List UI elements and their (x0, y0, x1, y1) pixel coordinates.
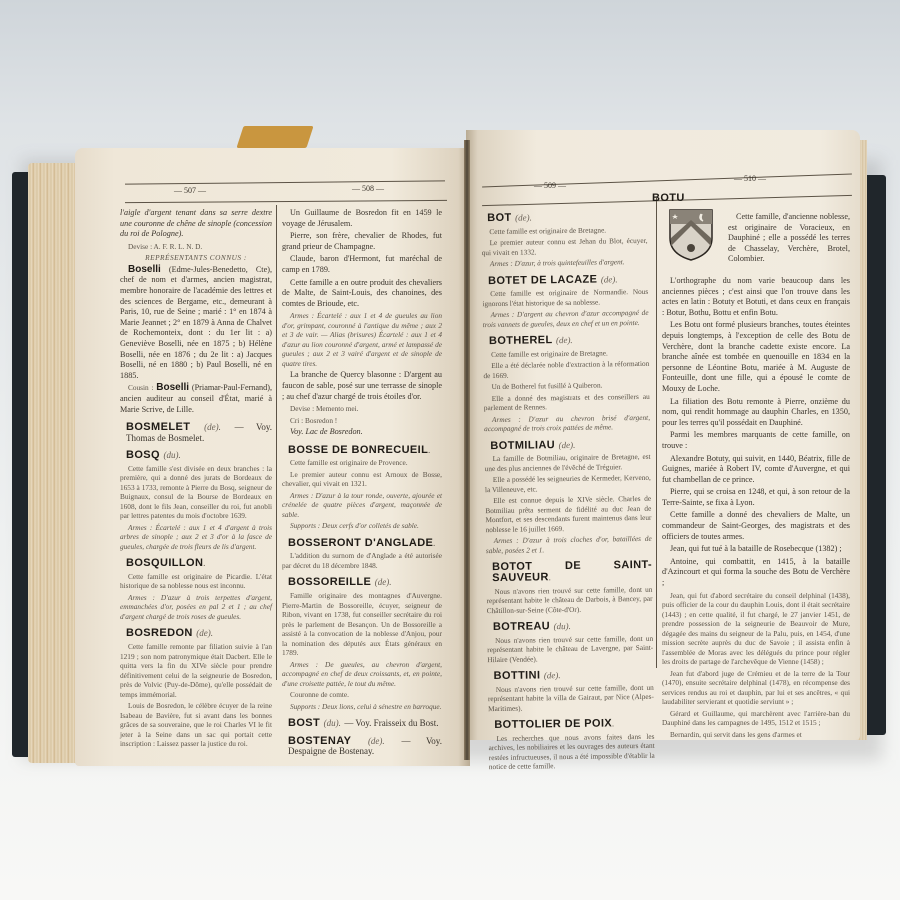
paragraph: Claude, baron d'Hermont, fut maréchal de… (282, 254, 442, 275)
paragraph: Alexandre Botuty, qui suivit, en 1440, B… (662, 454, 850, 486)
entry-body-bosq: Cette famille s'est divisée en deux bran… (120, 464, 272, 521)
entry-body: Les recherches que nous avons faites dan… (488, 732, 655, 772)
entry-armes: Armes : De gueules, au chevron d'argent,… (282, 660, 442, 689)
botu-intro: Cette famille, d'ancienne noblesse, est … (728, 212, 850, 267)
column-510: L'orthographe du nom varie beaucoup dans… (662, 276, 850, 741)
boselli-cousin-entry: Cousin : Boselli (Priamar-Paul-Fernand),… (120, 383, 272, 415)
entry-body: Nous n'avons rien trouvé sur cette famil… (488, 683, 654, 714)
entry-heading-bottini: BOTTINI (de). (494, 669, 654, 682)
paragraph: Cette famille a donné des chevaliers de … (662, 510, 850, 542)
devise-line: Devise : Memento mei. (282, 404, 442, 414)
entry-heading-bossoreille: BOSSOREILLE (de). (288, 577, 442, 588)
entry-body: Famille originaire des montagnes d'Auver… (282, 591, 442, 658)
entry-armes: Armes : D'azur, à trois quintefeuilles d… (482, 257, 648, 269)
entry-heading-bostenay: BOSTENAY (de). — Voy. Despaigne de Boste… (288, 736, 442, 757)
entry-heading-bot: BOT (de). (487, 211, 647, 224)
see-also-line: Voy. Lac de Bosredon. (282, 427, 442, 438)
entry-body: Cette famille est originaire de Provence… (282, 458, 442, 468)
paragraph: Les Botu ont formé plusieurs branches, t… (662, 320, 850, 394)
entry-body: Elle a possédé les seigneuries de Kermed… (485, 473, 651, 494)
entry-heading-bosredon: BOSREDON (de). (126, 628, 272, 639)
entry-heading-botreau: BOTREAU (du). (493, 620, 653, 633)
paragraph: Pierre, qui se croisa en 1248, et qui, à… (662, 487, 850, 508)
paragraph: Un Guillaume de Bosredon fit en 1459 le … (282, 208, 442, 229)
entry-body: Elle a été déclarée noble d'extraction à… (483, 359, 649, 380)
entry-body: Nous n'avons rien trouvé sur cette famil… (487, 633, 653, 664)
paragraph: La filiation des Botu remonte à Pierre, … (662, 397, 850, 429)
page-edges-left (28, 163, 80, 763)
bookmark-ribbon (236, 126, 313, 148)
entry-armes: Armes : D'azur à la tour ronde, ouverte,… (282, 491, 442, 520)
paragraph: Parmi les membres marquants de cette fam… (662, 430, 850, 451)
column-divider-left (276, 205, 277, 680)
entry-body: L'addition du surnom de d'Anglade a été … (282, 551, 442, 570)
entry-armes: Armes : D'azur à trois cloches d'or, bat… (486, 534, 652, 555)
entry-armes: Armes : D'argent au chevron d'azur accom… (482, 308, 648, 329)
paragraph: Jean, qui fut d'abord secrétaire du cons… (662, 591, 850, 667)
entry-heading-bosseront-danglade: BOSSERONT D'ANGLADE. (288, 538, 442, 549)
page-number-509: — 509 — (520, 181, 580, 190)
entry-heading-bottolier-de-poix: BOTTOLIER DE POIX. (494, 718, 654, 731)
entry-body: Le premier auteur connu est Jehan du Blo… (481, 236, 647, 257)
book-gutter (464, 140, 470, 760)
entry-couronne: Couronne de comte. (282, 690, 442, 700)
paragraph: L'orthographe du nom varie beaucoup dans… (662, 276, 850, 318)
coat-of-arms-shield-icon (668, 208, 714, 262)
entry-body: Un de Botherel fut fusillé à Quiberon. (484, 380, 650, 392)
column-divider-right (656, 198, 657, 668)
entry-heading-bosse-de-bonrecueil: BOSSE DE BONRECUEIL. (288, 445, 442, 456)
paragraph: Pierre, son frère, chevalier de Rhodes, … (282, 231, 442, 252)
entry-heading-bosq: BOSQ (du). (126, 450, 272, 461)
paragraph: Cette famille a en outre produit des che… (282, 278, 442, 310)
paragraph: Bernardin, qui servit dans les gens d'ar… (662, 730, 850, 740)
entry-body2-bosredon: Louis de Bosredon, le célèbre écuyer de … (120, 701, 272, 749)
entry-armes-bosq: Armes : Écartelé : aux 1 et 4 d'argent à… (120, 523, 272, 552)
entry-body: Elle est connue depuis le XIVe siècle. C… (485, 494, 652, 534)
entry-body: Cette famille est originaire de Bretagne… (483, 348, 649, 360)
entry-body: La famille de Botmiliau, originaire de B… (485, 452, 651, 473)
entry-body: Nous n'avons rien trouvé sur cette famil… (486, 584, 652, 615)
entry-heading-botherel: BOTHEREL (de). (489, 334, 649, 347)
column-509: BOT (de). Cette famille est originaire d… (481, 204, 655, 774)
entry-heading-botu: BOTU (652, 192, 685, 204)
quercy-branch: La branche de Quercy blasonne : D'argent… (282, 370, 442, 402)
armes-bosredon: Armes : Écartelé : aux 1 et 4 de gueules… (282, 311, 442, 368)
paragraph: Gérard et Guillaume, qui marchèrent avec… (662, 709, 850, 728)
arms-continuation: l'aigle d'argent tenant dans sa serre de… (120, 208, 272, 240)
page-number-510: — 510 — (720, 174, 780, 183)
entry-body-bosredon: Cette famille remonte par filiation suiv… (120, 642, 272, 699)
entry-heading-bost: BOST (du). — Voy. Fraisseix du Bost. (288, 718, 442, 729)
entry-body: Elle a donné des magistrats et des conse… (484, 392, 650, 413)
entry-supports: Supports : Deux lions, celui à sénestre … (282, 702, 442, 712)
entry-armes: Armes : D'azur au chevron brisé d'argent… (484, 413, 650, 434)
paragraph: Jean fut d'abord juge de Crémieu et de l… (662, 669, 850, 707)
representants-heading: REPRÉSENTANTS CONNUS : (120, 253, 272, 263)
entry-heading-bosmelet: BOSMELET (de). — Voy. Thomas de Bosmelet… (126, 422, 272, 443)
page-number-508: — 508 — (338, 184, 398, 193)
entry-body: Cette famille est originaire de Normandi… (482, 287, 648, 308)
entry-armes-bosquillon: Armes : D'azur à trois terpettes d'argen… (120, 593, 272, 622)
page-number-507: — 507 — (160, 186, 220, 195)
entry-body-bosquillon: Cette famille est originaire de Picardie… (120, 572, 272, 591)
entry-heading-botot-de-saint-sauveur: BOTOT DE SAINT-SAUVEUR. (492, 560, 652, 583)
column-507: l'aigle d'argent tenant dans sa serre de… (120, 208, 272, 751)
column-508: Un Guillaume de Bosredon fit en 1459 le … (282, 208, 442, 760)
cri-line: Cri : Bosredon ! (282, 416, 442, 426)
entry-heading-botet-de-lacaze: BOTET DE LACAZE (de). (488, 273, 648, 286)
boselli-entry: Boselli (Edme-Jules-Benedetto, Cte), che… (120, 265, 272, 382)
devise-line: Devise : A. F. R. L. N. D. (120, 242, 272, 252)
paragraph: Cette famille, d'ancienne noblesse, est … (728, 212, 850, 265)
entry-supports: Supports : Deux cerfs d'or colletés de s… (282, 521, 442, 531)
entry-body: Le premier auteur connu est Arnoux de Bo… (282, 470, 442, 489)
entry-heading-botmiliau: BOTMILIAU (de). (490, 439, 650, 452)
entry-heading-bosquillon: BOSQUILLON. (126, 558, 272, 569)
paragraph: Jean, qui fut tué à la bataille de Roseb… (662, 544, 850, 555)
boselli-name: Boselli (128, 264, 161, 275)
paragraph: Antoine, qui combattit, en 1415, à la ba… (662, 557, 850, 589)
entry-body: Cette famille est originaire de Bretagne… (481, 224, 647, 236)
